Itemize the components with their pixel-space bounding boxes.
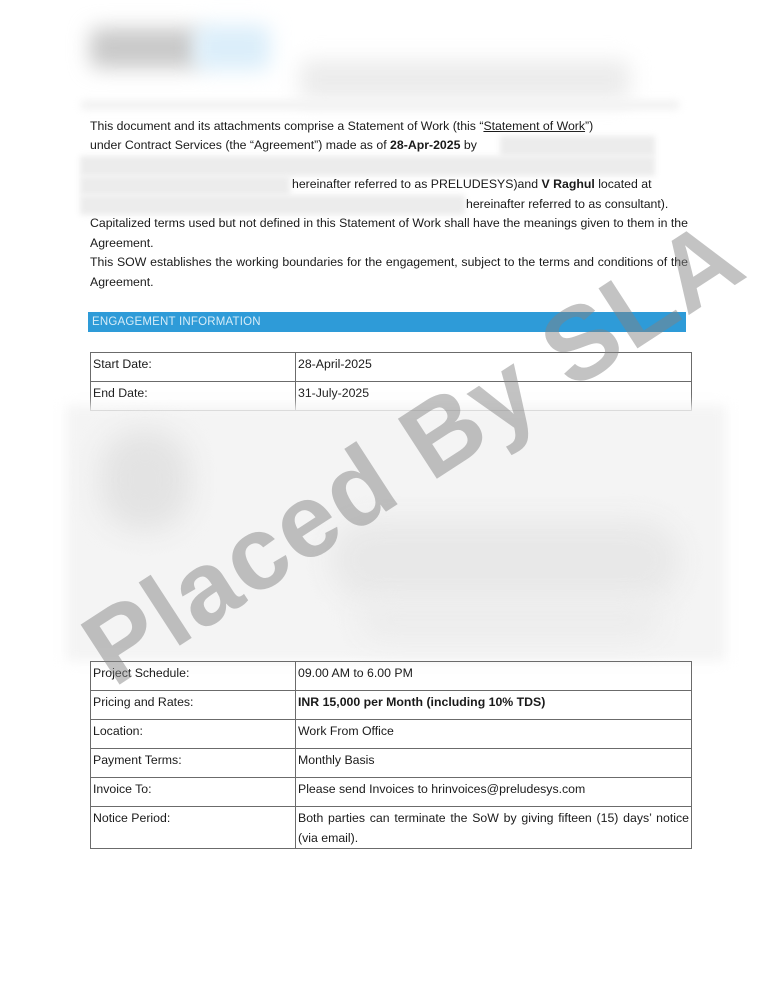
row-label: Notice Period: bbox=[91, 807, 296, 849]
engagement-table-top: Start Date: 28-April-2025 End Date: 31-J… bbox=[90, 352, 692, 411]
redacted-consultant-address bbox=[80, 195, 465, 215]
row-label: Start Date: bbox=[91, 353, 296, 382]
row-value: Monthly Basis bbox=[296, 749, 692, 778]
row-label: Invoice To: bbox=[91, 778, 296, 807]
row-value: 28-April-2025 bbox=[296, 353, 692, 382]
intro-line-4: hereinafter referred to as consultant). bbox=[466, 195, 696, 215]
statement-of-work-term: Statement of Work bbox=[483, 119, 585, 133]
intro-text: hereinafter referred to as PRELUDESYS)an… bbox=[292, 177, 541, 191]
intro-text: ”) bbox=[585, 119, 593, 133]
company-logo-icon bbox=[90, 28, 200, 68]
redacted-company-name bbox=[500, 136, 655, 156]
table-row: Pricing and Rates: INR 15,000 per Month … bbox=[91, 691, 692, 720]
intro-text: This document and its attachments compri… bbox=[90, 119, 483, 133]
intro-paragraph-2: Capitalized terms used but not defined i… bbox=[90, 214, 688, 253]
intro-paragraph-3: This SOW establishes the working boundar… bbox=[90, 253, 688, 292]
redacted-blob bbox=[330, 520, 680, 600]
intro-text: under Contract Services (the “Agreement”… bbox=[90, 138, 390, 152]
invoice-email-value: Please send Invoices to hrinvoices@prelu… bbox=[296, 778, 692, 807]
intro-text: located at bbox=[595, 177, 652, 191]
table-row: Notice Period: Both parties can terminat… bbox=[91, 807, 692, 849]
redacted-blob bbox=[360, 600, 660, 640]
row-label: Project Schedule: bbox=[91, 662, 296, 691]
table-row: Project Schedule: 09.00 AM to 6.00 PM bbox=[91, 662, 692, 691]
redacted-company-address bbox=[80, 156, 655, 176]
company-logo-accent bbox=[195, 25, 270, 70]
intro-text: by bbox=[460, 138, 476, 152]
consultant-name: V Raghul bbox=[541, 177, 594, 191]
table-row: Payment Terms: Monthly Basis bbox=[91, 749, 692, 778]
table-row: Invoice To: Please send Invoices to hrin… bbox=[91, 778, 692, 807]
table-row: Start Date: 28-April-2025 bbox=[91, 353, 692, 382]
engagement-table-bottom: Project Schedule: 09.00 AM to 6.00 PM Pr… bbox=[90, 661, 692, 849]
row-label: Pricing and Rates: bbox=[91, 691, 296, 720]
redacted-company-address bbox=[80, 176, 290, 195]
header-title-redacted bbox=[300, 60, 630, 100]
agreement-date: 28-Apr-2025 bbox=[390, 138, 460, 152]
pricing-value: INR 15,000 per Month (including 10% TDS) bbox=[296, 691, 692, 720]
redacted-blob bbox=[100, 430, 190, 530]
header-divider bbox=[80, 100, 680, 110]
row-value: 09.00 AM to 6.00 PM bbox=[296, 662, 692, 691]
row-label: Payment Terms: bbox=[91, 749, 296, 778]
row-value: Both parties can terminate the SoW by gi… bbox=[296, 807, 692, 849]
row-value: Work From Office bbox=[296, 720, 692, 749]
intro-line-1: This document and its attachments compri… bbox=[90, 117, 688, 137]
intro-line-3: hereinafter referred to as PRELUDESYS)an… bbox=[292, 175, 692, 195]
table-row: Location: Work From Office bbox=[91, 720, 692, 749]
section-header-engagement: ENGAGEMENT INFORMATION bbox=[88, 312, 686, 332]
row-label: Location: bbox=[91, 720, 296, 749]
